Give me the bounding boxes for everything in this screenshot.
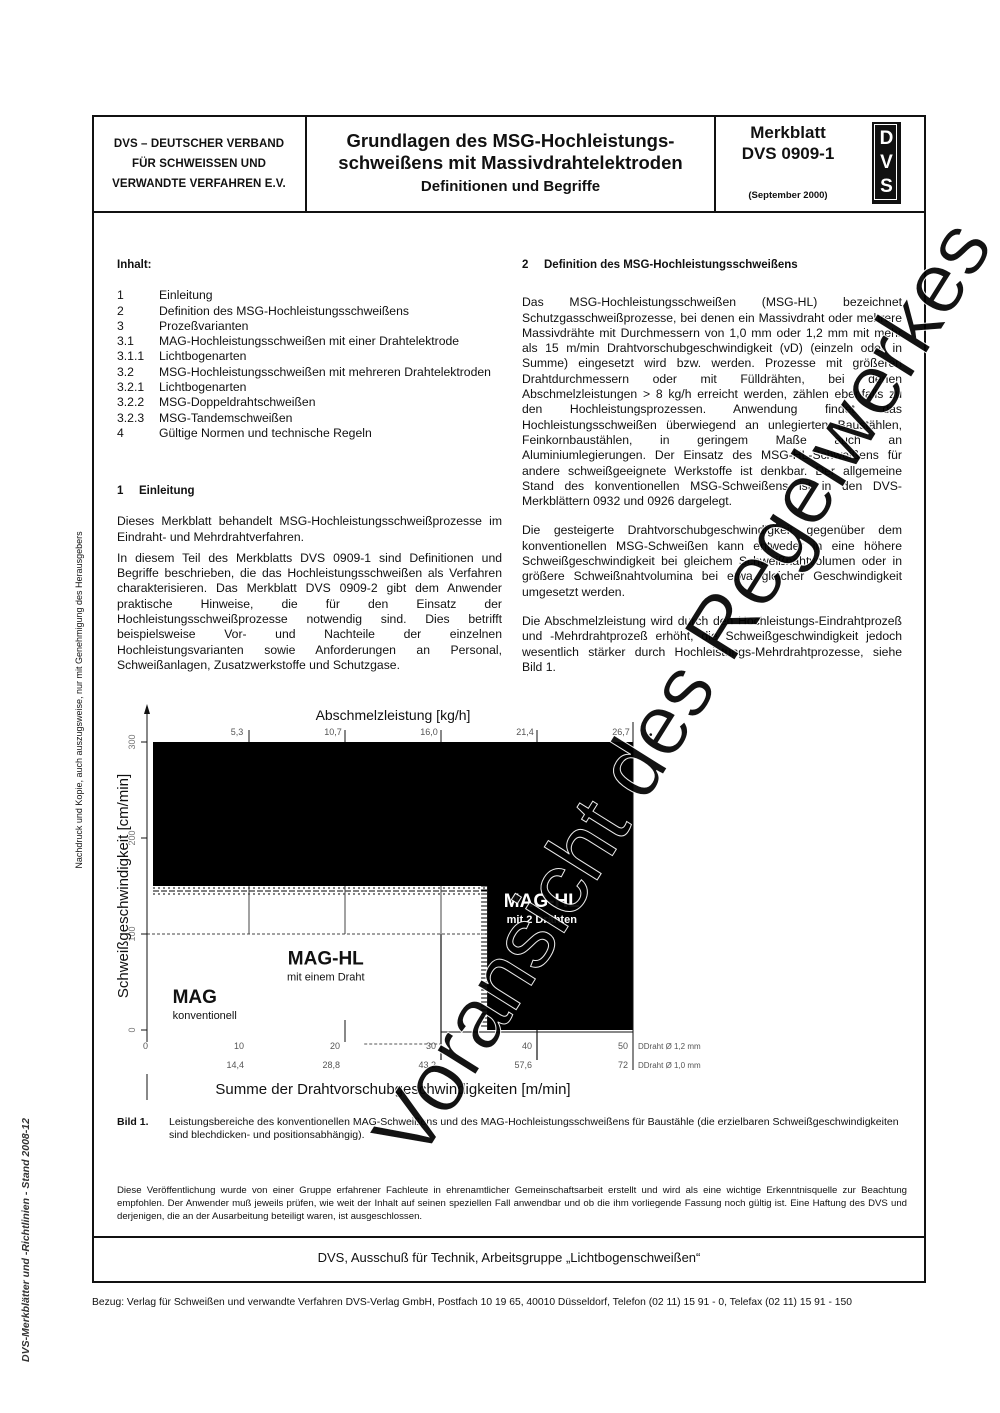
- filled-region: [153, 742, 633, 886]
- x-tick-label-secondary: 28,8: [322, 1060, 340, 1070]
- top-axis-label: Abschmelzleistung [kg/h]: [316, 707, 471, 723]
- toc-item: 4Gültige Normen und technische Regeln: [117, 426, 502, 441]
- paragraph: Das MSG-Hochleistungsschweißen (MSG-HL) …: [522, 295, 902, 509]
- document-title: Grundlagen des MSG-Hochleistungs- schwei…: [309, 130, 712, 200]
- chart-svg: 0100200300Schweißgeschwindigkeit [cm/min…: [100, 700, 740, 1100]
- paragraph: Die Abschmelzleistung wird durch den Hoc…: [522, 614, 902, 675]
- section-title: Definition des MSG-Hochleistungsschweiße…: [544, 259, 798, 271]
- section-number: 1: [117, 484, 139, 499]
- doc-date: (September 2000): [718, 190, 858, 201]
- toc-label: MSG-Doppeldrahtschweißen: [159, 395, 502, 410]
- y-axis-arrow: [144, 704, 150, 714]
- toc-number: 3.2.2: [117, 395, 159, 410]
- header-divider: [714, 115, 716, 213]
- toc-list: 1Einleitung2Definition des MSG-Hochleist…: [117, 288, 502, 441]
- org-line: VERWANDTE VERFAHREN E.V.: [96, 174, 302, 194]
- disclaimer: Diese Veröffentlichung wurde von einer G…: [117, 1184, 907, 1223]
- toc-item: 3.2.1Lichtbogenarten: [117, 380, 502, 395]
- collection-note: DVS-Merkblätter und -Richtlinien - Stand…: [20, 1118, 32, 1362]
- x-tick-label: 20: [330, 1041, 340, 1051]
- top-tick-label: 10,7: [324, 727, 342, 737]
- section-title: Einleitung: [139, 485, 195, 497]
- toc-label: MSG-Hochleistungsschweißen mit mehreren …: [159, 365, 502, 380]
- org-line: FÜR SCHWEISSEN UND: [96, 154, 302, 174]
- left-column: Inhalt: 1Einleitung2Definition des MSG-H…: [117, 258, 502, 441]
- toc-label: Lichtbogenarten: [159, 349, 502, 364]
- section-heading: 1Einleitung: [117, 484, 502, 499]
- x-axis-label: Summe der Drahtvorschubgeschwindigkeiten…: [215, 1081, 570, 1098]
- top-tick-label: 26,7: [612, 727, 630, 737]
- x-tick-label-secondary: 72: [618, 1060, 628, 1070]
- subtitle: Definitionen und Begriffe: [309, 174, 712, 200]
- x-tick-label: 0: [143, 1041, 148, 1051]
- title-line: schweißens mit Massivdrahtelektroden: [309, 152, 712, 174]
- toc-number: 1: [117, 288, 159, 303]
- logo-letter: S: [873, 175, 900, 199]
- section-1: 1Einleitung Dieses Merkblatt behandelt M…: [117, 484, 502, 679]
- doc-number: DVS 0909-1: [718, 143, 858, 164]
- axis-marker: •: [649, 730, 653, 741]
- paragraph: Dieses Merkblatt behandelt MSG-Hochleist…: [117, 514, 502, 545]
- region-label: MAG: [173, 987, 217, 1008]
- toc-heading: Inhalt:: [117, 258, 502, 273]
- toc-number: 2: [117, 304, 159, 319]
- title-line: Grundlagen des MSG-Hochleistungs-: [309, 130, 712, 152]
- ordering-info: Bezug: Verlag für Schweißen und verwandt…: [92, 1297, 932, 1308]
- x-tick-label: 40: [522, 1041, 532, 1051]
- top-tick-label: 16,0: [420, 727, 438, 737]
- section-2: 2Definition des MSG-Hochleistungsschweiß…: [522, 258, 902, 681]
- toc-label: MAG-Hochleistungsschweißen mit einer Dra…: [159, 334, 502, 349]
- x-tick-label: 50: [618, 1041, 628, 1051]
- toc-number: 4: [117, 426, 159, 441]
- logo-letter: V: [873, 151, 900, 175]
- section-heading: 2Definition des MSG-Hochleistungsschweiß…: [522, 258, 902, 273]
- x-tick-label-secondary: 43,2: [418, 1060, 436, 1070]
- toc-item: 2Definition des MSG-Hochleistungsschweiß…: [117, 304, 502, 319]
- region-sublabel: konventionell: [173, 1010, 237, 1022]
- toc-item: 3.1MAG-Hochleistungsschweißen mit einer …: [117, 334, 502, 349]
- top-tick-label: 21,4: [516, 727, 534, 737]
- logo-letter: D: [873, 127, 900, 151]
- toc-number: 3.2: [117, 365, 159, 380]
- toc-number: 3: [117, 319, 159, 334]
- y-tick-label: 300: [127, 734, 137, 749]
- document-id: Merkblatt DVS 0909-1: [718, 122, 858, 164]
- top-tick-label: 5,3: [231, 727, 244, 737]
- toc-label: MSG-Tandemschweißen: [159, 411, 502, 426]
- copyright-note: Nachdruck und Kopie, auch auszugsweise, …: [74, 531, 84, 868]
- toc-number: 3.2.1: [117, 380, 159, 395]
- x-row-label: DDraht Ø 1,0 mm: [638, 1061, 701, 1070]
- toc-item: 1Einleitung: [117, 288, 502, 303]
- toc-item: 3.2.2MSG-Doppeldrahtschweißen: [117, 395, 502, 410]
- region-sublabel: mit einem Draht: [287, 971, 365, 983]
- toc-label: Lichtbogenarten: [159, 380, 502, 395]
- y-tick-label: 0: [127, 1027, 137, 1032]
- caption-text: Leistungsbereiche des konventionellen MA…: [169, 1116, 907, 1142]
- toc-item: 3Prozeßvarianten: [117, 319, 502, 334]
- org-line: DVS – DEUTSCHER VERBAND: [96, 134, 302, 154]
- paragraph: In diesem Teil des Merkblatts DVS 0909-1…: [117, 551, 502, 673]
- committee-credit: DVS, Ausschuß für Technik, Arbeitsgruppe…: [92, 1250, 926, 1265]
- organization-name: DVS – DEUTSCHER VERBAND FÜR SCHWEISSEN U…: [96, 134, 302, 194]
- toc-number: 3.1.1: [117, 349, 159, 364]
- toc-label: Einleitung: [159, 288, 502, 303]
- toc-label: Gültige Normen und technische Regeln: [159, 426, 502, 441]
- figure-caption: Bild 1. Leistungsbereiche des konvention…: [117, 1116, 907, 1142]
- y-axis-label: Schweißgeschwindigkeit [cm/min]: [115, 774, 132, 998]
- toc-item: 3.2.3MSG-Tandemschweißen: [117, 411, 502, 426]
- toc-item: 3.2MSG-Hochleistungsschweißen mit mehrer…: [117, 365, 502, 380]
- toc-number: 3.1: [117, 334, 159, 349]
- region-sublabel: mit 2 Drähten: [507, 914, 578, 926]
- region-label: MAG-HL: [504, 891, 580, 912]
- doc-type: Merkblatt: [718, 122, 858, 143]
- x-tick-label: 10: [234, 1041, 244, 1051]
- dvs-logo: D V S: [872, 122, 901, 204]
- header-divider: [305, 115, 307, 213]
- figure-1-chart: 0100200300Schweißgeschwindigkeit [cm/min…: [100, 700, 740, 1100]
- paragraph: Die gesteigerte Drahtvorschubgeschwindig…: [522, 523, 902, 599]
- region-label: MAG-HL: [288, 948, 364, 969]
- x-tick-label: 30: [426, 1041, 436, 1051]
- toc-label: Definition des MSG-Hochleistungsschweiße…: [159, 304, 502, 319]
- toc-item: 3.1.1Lichtbogenarten: [117, 349, 502, 364]
- section-number: 2: [522, 258, 544, 273]
- x-tick-label-secondary: 57,6: [514, 1060, 532, 1070]
- caption-label: Bild 1.: [117, 1116, 149, 1129]
- x-tick-label-secondary: 14,4: [226, 1060, 244, 1070]
- toc-number: 3.2.3: [117, 411, 159, 426]
- toc-label: Prozeßvarianten: [159, 319, 502, 334]
- x-row-label: DDraht Ø 1,2 mm: [638, 1042, 701, 1051]
